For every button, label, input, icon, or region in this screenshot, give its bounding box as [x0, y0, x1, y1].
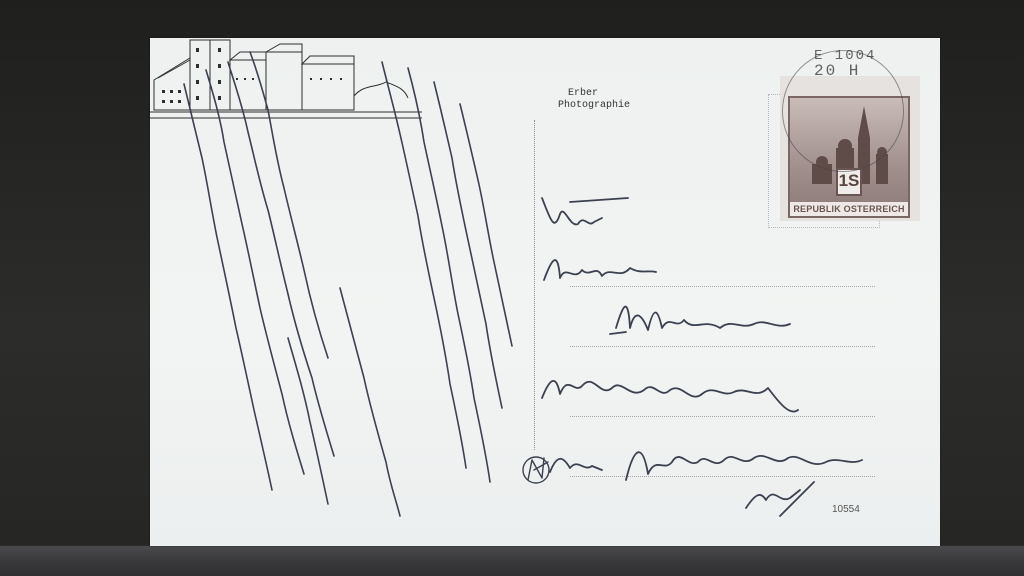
shelf-edge: [0, 546, 1024, 576]
address-handwriting: [542, 198, 862, 516]
handwriting: [150, 38, 940, 546]
postcard: Erber Photographie 1S REPUBLIK O: [150, 38, 940, 546]
monogram-icon: [523, 457, 549, 483]
message-handwriting: [184, 52, 512, 516]
serial-number: 10554: [832, 504, 860, 515]
